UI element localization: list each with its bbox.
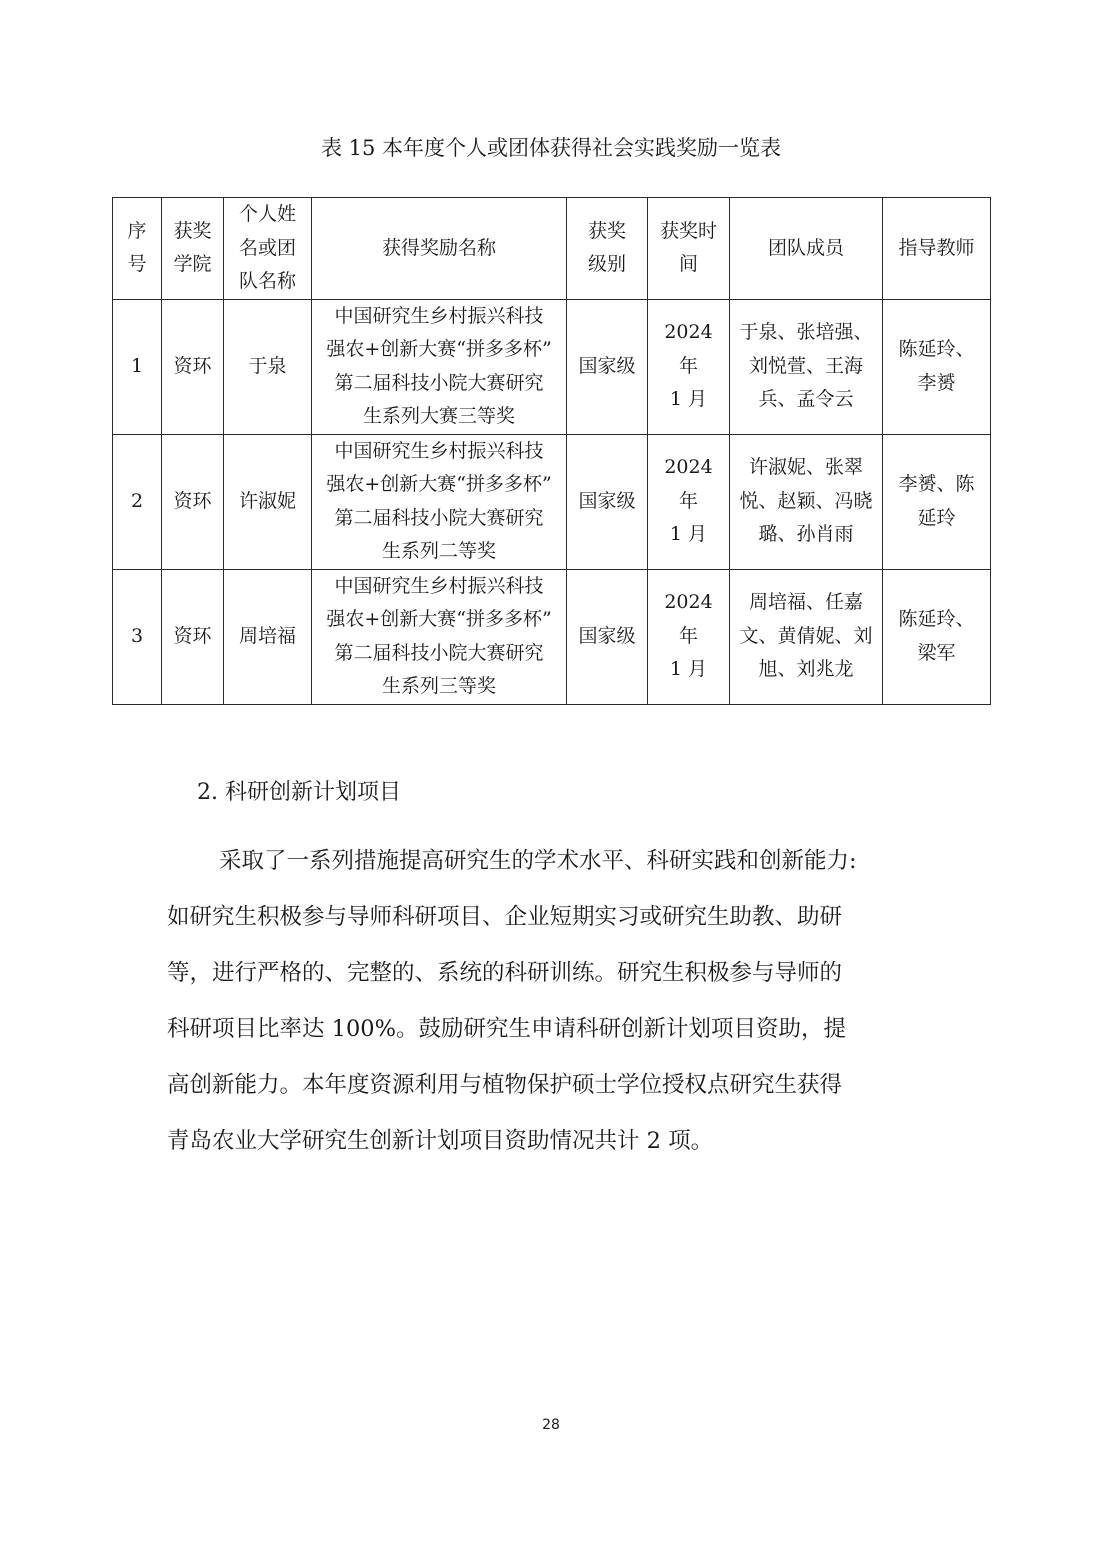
cell-time: 2024 年 1 月 xyxy=(648,434,730,569)
table-row: 1 资环 于泉 中国研究生乡村振兴科技 强农+创新大赛“拼多多杯” 第二届科技小… xyxy=(113,299,991,434)
paragraph-line: 等，进行严格的、完整的、系统的科研训练。研究生积极参与导师的 xyxy=(167,945,942,1001)
header-name: 个人姓 名或团 队名称 xyxy=(224,198,312,300)
paragraph-line: 科研项目比率达 100%。鼓励研究生申请科研创新计划项目资助，提 xyxy=(167,1001,942,1057)
table-row: 2 资环 许淑妮 中国研究生乡村振兴科技 强农+创新大赛“拼多多杯” 第二届科技… xyxy=(113,434,991,569)
cell-members: 许淑妮、张翠 悦、赵颖、冯晓 璐、孙肖雨 xyxy=(730,434,883,569)
header-time: 获奖时 间 xyxy=(648,198,730,300)
header-level: 获奖 级别 xyxy=(567,198,648,300)
awards-table: 序 号 获奖 学院 个人姓 名或团 队名称 获得奖励名称 获奖 级别 获奖时 间… xyxy=(112,197,991,705)
cell-members: 于泉、张培强、 刘悦萱、王海 兵、孟令云 xyxy=(730,299,883,434)
cell-advisors: 陈延玲、 梁军 xyxy=(883,569,991,704)
cell-college: 资环 xyxy=(162,569,224,704)
cell-level: 国家级 xyxy=(567,434,648,569)
cell-name: 周培福 xyxy=(224,569,312,704)
page-number: 28 xyxy=(0,1415,1102,1435)
cell-name: 许淑妮 xyxy=(224,434,312,569)
header-advisors: 指导教师 xyxy=(883,198,991,300)
cell-award: 中国研究生乡村振兴科技 强农+创新大赛“拼多多杯” 第二届科技小院大赛研究 生系… xyxy=(312,434,567,569)
cell-college: 资环 xyxy=(162,434,224,569)
cell-index: 3 xyxy=(113,569,162,704)
cell-advisors: 李赟、陈 延玲 xyxy=(883,434,991,569)
table-caption: 表 15 本年度个人或团体获得社会实践奖励一览表 xyxy=(0,132,1102,164)
paragraph-line: 采取了一系列措施提高研究生的学术水平、科研实践和创新能力: xyxy=(167,833,942,889)
cell-advisors: 陈延玲、 李赟 xyxy=(883,299,991,434)
body-paragraph: 采取了一系列措施提高研究生的学术水平、科研实践和创新能力: 如研究生积极参与导师… xyxy=(167,833,942,1169)
section-heading: 2. 科研创新计划项目 xyxy=(197,775,401,811)
header-index: 序 号 xyxy=(113,198,162,300)
cell-name: 于泉 xyxy=(224,299,312,434)
header-members: 团队成员 xyxy=(730,198,883,300)
paragraph-line: 高创新能力。本年度资源利用与植物保护硕士学位授权点研究生获得 xyxy=(167,1057,942,1113)
cell-members: 周培福、任嘉 文、黄倩妮、刘 旭、刘兆龙 xyxy=(730,569,883,704)
cell-award: 中国研究生乡村振兴科技 强农+创新大赛“拼多多杯” 第二届科技小院大赛研究 生系… xyxy=(312,569,567,704)
header-award: 获得奖励名称 xyxy=(312,198,567,300)
cell-time: 2024 年 1 月 xyxy=(648,569,730,704)
table-row: 3 资环 周培福 中国研究生乡村振兴科技 强农+创新大赛“拼多多杯” 第二届科技… xyxy=(113,569,991,704)
table-header-row: 序 号 获奖 学院 个人姓 名或团 队名称 获得奖励名称 获奖 级别 获奖时 间… xyxy=(113,198,991,300)
cell-time: 2024 年 1 月 xyxy=(648,299,730,434)
paragraph-line: 青岛农业大学研究生创新计划项目资助情况共计 2 项。 xyxy=(167,1113,942,1169)
header-college: 获奖 学院 xyxy=(162,198,224,300)
paragraph-line: 如研究生积极参与导师科研项目、企业短期实习或研究生助教、助研 xyxy=(167,889,942,945)
cell-level: 国家级 xyxy=(567,299,648,434)
cell-college: 资环 xyxy=(162,299,224,434)
cell-index: 2 xyxy=(113,434,162,569)
cell-index: 1 xyxy=(113,299,162,434)
cell-level: 国家级 xyxy=(567,569,648,704)
cell-award: 中国研究生乡村振兴科技 强农+创新大赛“拼多多杯” 第二届科技小院大赛研究 生系… xyxy=(312,299,567,434)
